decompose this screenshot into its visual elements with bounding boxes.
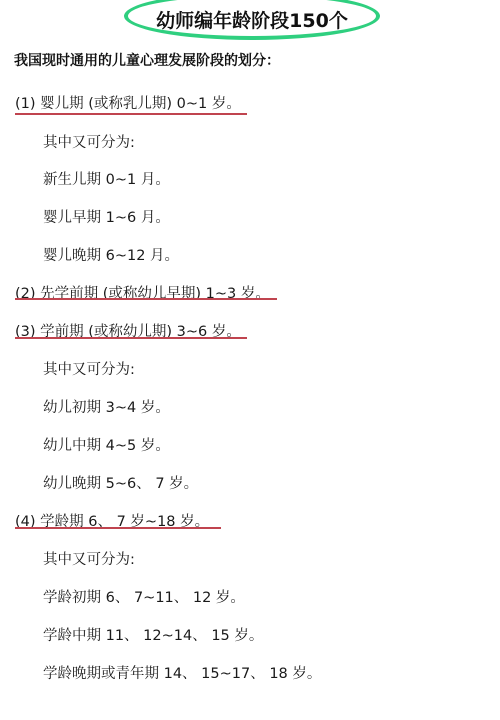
list-item: 学龄中期 11、 12~14、 15 岁。 — [43, 624, 263, 645]
subdivision-label: 其中又可分为: — [43, 548, 135, 569]
list-item: 幼儿中期 4~5 岁。 — [43, 434, 170, 455]
stage-heading-infancy: (1) 婴儿期 (或称乳儿期) 0~1 岁。 — [15, 92, 241, 113]
list-item: 学龄晚期或青年期 14、 15~17、 18 岁。 — [43, 662, 321, 683]
title-highlight-ellipse: 幼师编年龄阶段150个 — [124, 0, 380, 40]
stage-underline — [15, 113, 247, 115]
intro-heading: 我国现时通用的儿童心理发展阶段的划分： — [14, 50, 280, 70]
subdivision-label: 其中又可分为: — [43, 131, 135, 152]
list-item: 婴儿早期 1~6 月。 — [43, 206, 170, 227]
list-item: 幼儿晚期 5~6、 7 岁。 — [43, 472, 198, 493]
list-item: 学龄初期 6、 7~11、 12 岁。 — [43, 586, 245, 607]
stage-underline — [15, 527, 221, 529]
list-item: 新生儿期 0~1 月。 — [43, 168, 170, 189]
stage-underline — [15, 298, 277, 300]
subdivision-label: 其中又可分为: — [43, 358, 135, 379]
list-item: 婴儿晚期 6~12 月。 — [43, 244, 179, 265]
page-title: 幼师编年龄阶段150个 — [156, 6, 348, 33]
stage-underline — [15, 337, 247, 339]
list-item: 幼儿初期 3~4 岁。 — [43, 396, 170, 417]
